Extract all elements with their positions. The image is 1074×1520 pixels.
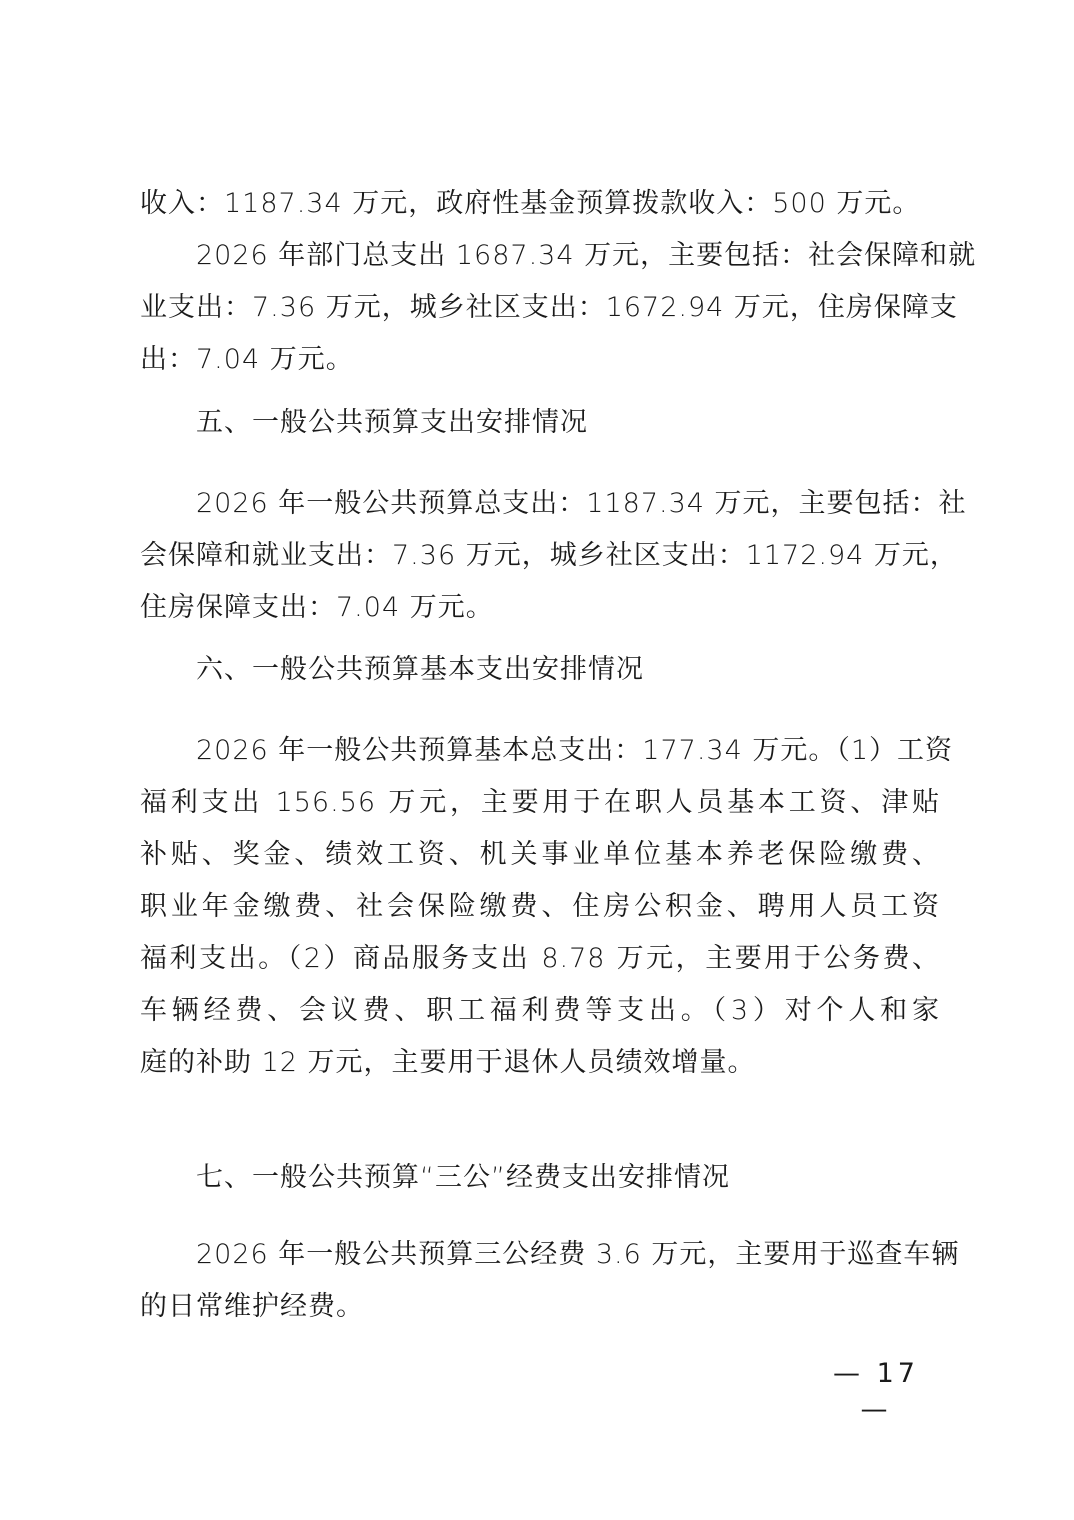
paragraph-line: 2026 年部门总支出 1687.34 万元，主要包括：社会保障和就 <box>196 238 940 274</box>
document-page: 收入：1187.34 万元，政府性基金预算拨款收入：500 万元。 2026 年… <box>0 0 1074 1520</box>
paragraph-line: 职业年金缴费、社会保险缴费、住房公积金、聘用人员工资 <box>140 889 940 925</box>
paragraph-line: 的日常维护经费。 <box>140 1289 940 1325</box>
section-heading-5: 五、一般公共预算支出安排情况 <box>196 405 940 441</box>
paragraph-line: 车辆经费、会议费、职工福利费等支出。（3）对个人和家 <box>140 993 940 1029</box>
paragraph-line: 会保障和就业支出：7.36 万元，城乡社区支出：1172.94 万元， <box>140 538 940 574</box>
page-number: — 17 — <box>818 1356 934 1428</box>
paragraph-line: 收入：1187.34 万元，政府性基金预算拨款收入：500 万元。 <box>140 186 940 222</box>
paragraph-line: 出：7.04 万元。 <box>140 342 940 378</box>
paragraph-line: 住房保障支出：7.04 万元。 <box>140 590 940 626</box>
paragraph-line: 2026 年一般公共预算总支出：1187.34 万元，主要包括：社 <box>196 486 940 522</box>
section-heading-6: 六、一般公共预算基本支出安排情况 <box>196 652 940 688</box>
paragraph-line: 福利支出。（2）商品服务支出 8.78 万元，主要用于公务费、 <box>140 941 940 977</box>
paragraph-line: 业支出：7.36 万元，城乡社区支出：1672.94 万元，住房保障支 <box>140 290 940 326</box>
paragraph-line: 庭的补助 12 万元，主要用于退休人员绩效增量。 <box>140 1045 940 1081</box>
section-heading-7: 七、一般公共预算“三公”经费支出安排情况 <box>196 1160 940 1196</box>
paragraph-line: 2026 年一般公共预算三公经费 3.6 万元，主要用于巡查车辆 <box>196 1237 940 1273</box>
paragraph-line: 福利支出 156.56 万元，主要用于在职人员基本工资、津贴 <box>140 785 940 821</box>
paragraph-line: 2026 年一般公共预算基本总支出：177.34 万元。（1）工资 <box>196 733 940 769</box>
paragraph-line: 补贴、奖金、绩效工资、机关事业单位基本养老保险缴费、 <box>140 837 940 873</box>
